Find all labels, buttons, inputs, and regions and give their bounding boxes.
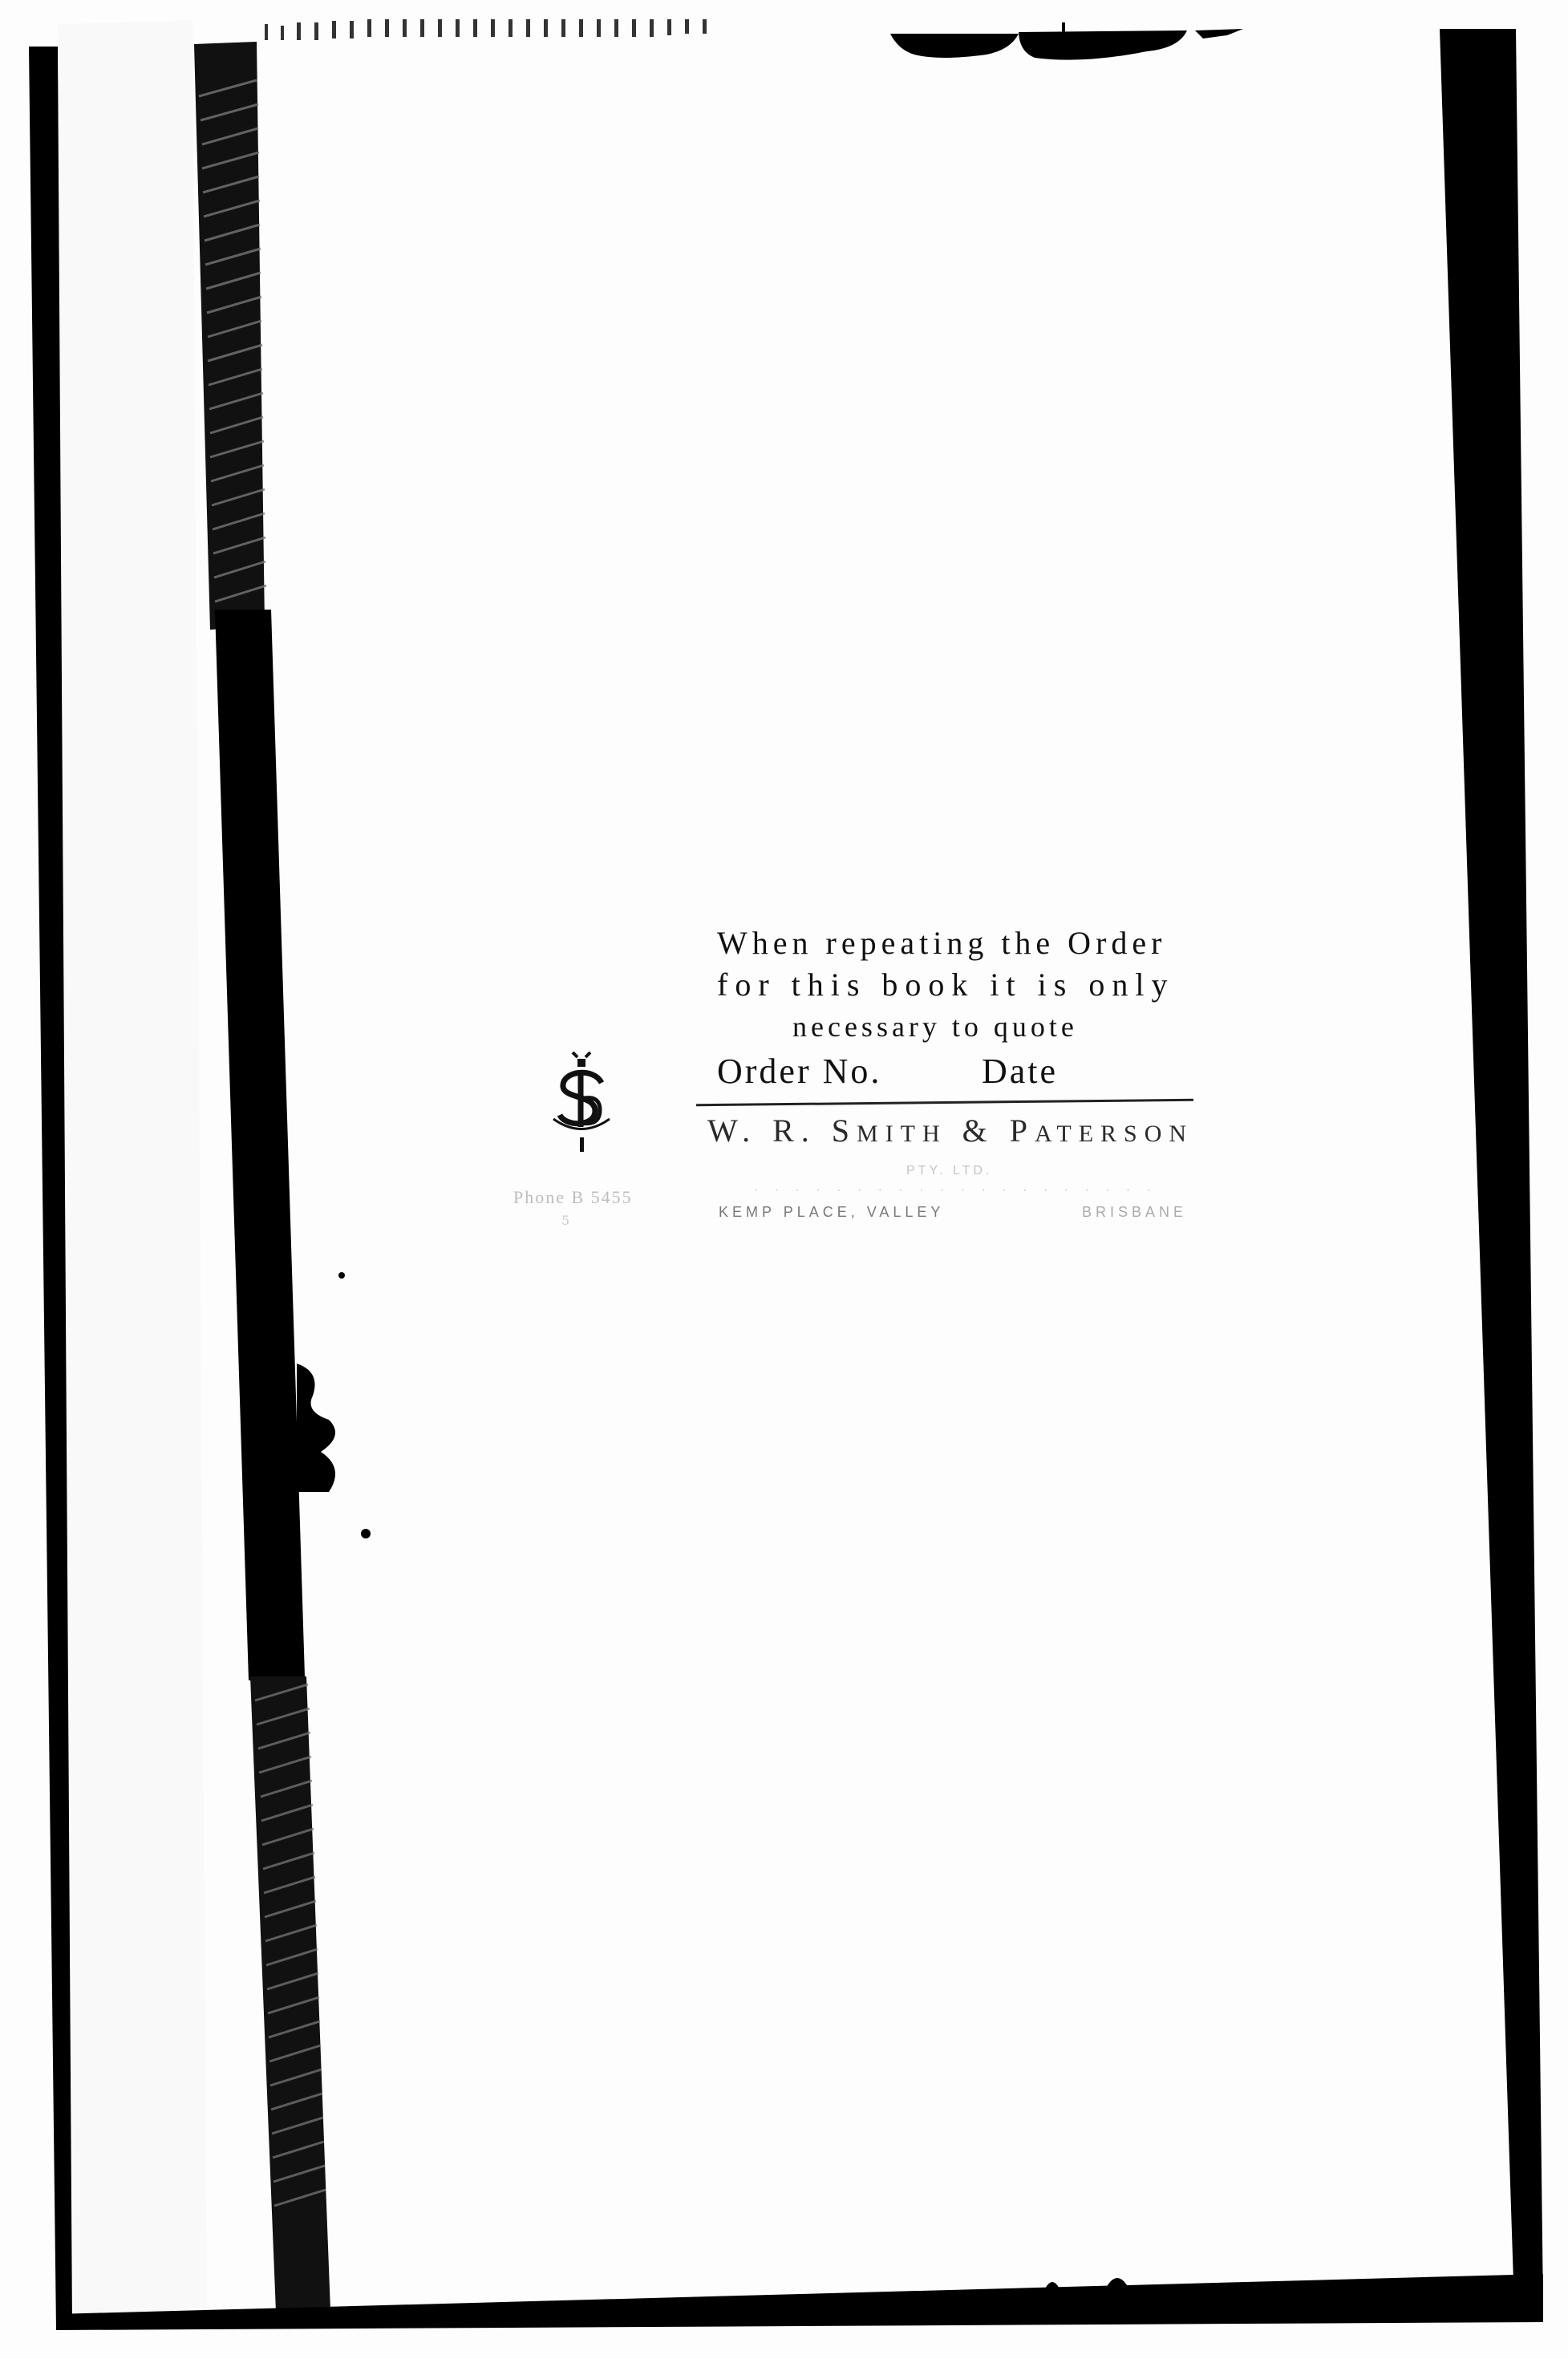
top-perforation bbox=[265, 19, 707, 40]
address-city: BRISBANE bbox=[1082, 1204, 1187, 1221]
sp-monogram-anchor-icon bbox=[545, 1051, 618, 1163]
divider-rule bbox=[696, 1099, 1193, 1106]
phone-number: Phone B 5455 bbox=[513, 1187, 633, 1208]
company-descriptor: · · · · · · · · · · · · · · · · · · · · bbox=[690, 1183, 1203, 1198]
company-name-part: & P bbox=[947, 1113, 1035, 1149]
company-name-part: MITH bbox=[857, 1121, 947, 1147]
date-label: Date bbox=[982, 1051, 1058, 1092]
spine-solid bbox=[215, 610, 305, 1680]
notice-line-2: for this book it is only bbox=[690, 964, 1203, 1006]
phone-sub-label: 5 bbox=[561, 1213, 569, 1228]
company-name: W. R. SMITH & PATERSON bbox=[690, 1112, 1203, 1149]
scanned-page: Phone B 5455 5 When repeating the Order … bbox=[0, 0, 1568, 2359]
order-number-label: Order No. bbox=[717, 1051, 982, 1092]
right-border bbox=[1440, 29, 1543, 2306]
order-date-row: Order No. Date bbox=[690, 1051, 1203, 1092]
company-suffix: PTY. LTD. bbox=[690, 1164, 1203, 1178]
order-label-block: When repeating the Order for this book i… bbox=[690, 922, 1203, 1221]
notice-line-1: When repeating the Order bbox=[690, 922, 1203, 964]
address-street: KEMP PLACE, VALLEY bbox=[719, 1204, 944, 1221]
company-name-part: ATERSON bbox=[1035, 1121, 1193, 1147]
company-address: KEMP PLACE, VALLEY BRISBANE bbox=[690, 1204, 1203, 1221]
notice-line-3: necessary to quote bbox=[690, 1006, 1203, 1048]
company-name-part: W. R. S bbox=[707, 1113, 857, 1149]
